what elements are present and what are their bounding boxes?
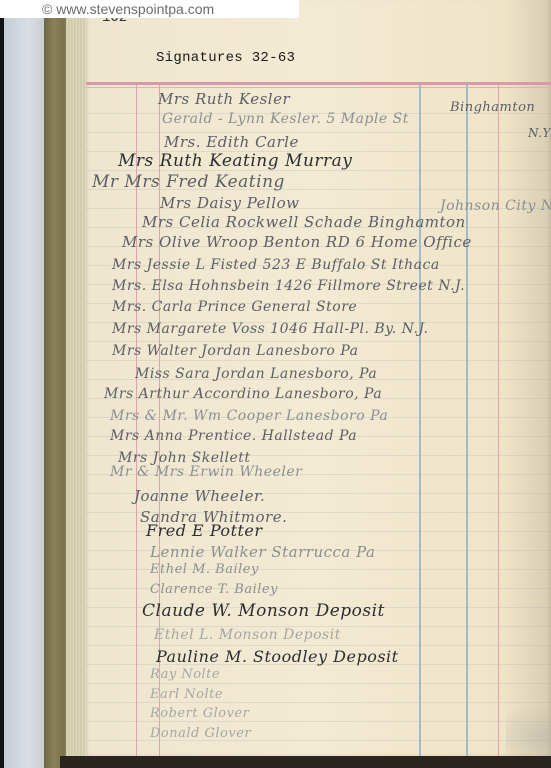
signature-entry: Donald Glover xyxy=(150,726,251,741)
page-edges xyxy=(66,0,88,768)
signature-entry: Clarence T. Bailey xyxy=(150,582,278,597)
signature-entry: Binghamton xyxy=(450,100,535,115)
column-line-blue xyxy=(466,85,468,760)
signature-entry: Mrs & Mr. Wm Cooper Lanesboro Pa xyxy=(110,408,388,424)
signature-entry: Ethel M. Bailey xyxy=(150,562,259,577)
signature-entry: Lennie Walker Starrucca Pa xyxy=(150,543,375,561)
signature-entry: Mrs Arthur Accordino Lanesboro, Pa xyxy=(104,386,382,402)
signature-entry: Mrs. Carla Prince General Store xyxy=(112,299,357,315)
signature-entry: Mrs Ruth Keating Murray xyxy=(118,151,352,171)
signature-entry: Mrs. Elsa Hohnsbein 1426 Fillmore Street… xyxy=(112,278,465,294)
background-left xyxy=(4,0,44,768)
signature-entry: Mrs Celia Rockwell Schade Binghamton xyxy=(142,213,466,231)
page-title: Signatures 32-63 xyxy=(156,50,295,66)
signature-entry: Miss Sara Jordan Lanesboro, Pa xyxy=(135,366,377,382)
header-rule-secondary xyxy=(86,87,551,88)
signature-entry: Mr Mrs Fred Keating xyxy=(92,172,285,192)
signature-entry: Ray Nolte xyxy=(150,667,220,682)
signature-entry: Johnson City N xyxy=(440,198,551,214)
watermark: © www.stevenspointpa.com xyxy=(0,0,299,18)
signature-entry: Gerald - Lynn Kesler. 5 Maple St xyxy=(162,111,409,127)
signature-entry: Mrs Walter Jordan Lanesboro Pa xyxy=(112,343,358,359)
embossed-decoration xyxy=(506,700,551,760)
signature-entry: Earl Nolte xyxy=(150,687,223,702)
signature-entry: Ethel L. Monson Deposit xyxy=(154,627,341,643)
signature-entry: Mrs Margarete Voss 1046 Hall-Pl. By. N.J… xyxy=(112,321,428,337)
signature-entry: Mr & Mrs Erwin Wheeler xyxy=(110,464,302,480)
column-line-blue xyxy=(419,85,421,760)
signature-entry: Mrs Olive Wroop Benton RD 6 Home Office xyxy=(122,233,472,251)
column-line-red xyxy=(498,85,499,760)
signature-entry: Fred E Potter xyxy=(146,521,263,540)
signature-entry: Pauline M. Stoodley Deposit xyxy=(156,647,399,666)
signature-entry: Mrs Daisy Pellow xyxy=(160,194,299,212)
signature-entry: Mrs Anna Prentice. Hallstead Pa xyxy=(110,428,357,444)
book-bottom-edge xyxy=(60,756,551,768)
signature-entry: Mrs. Edith Carle xyxy=(164,133,299,151)
signature-entry: Claude W. Monson Deposit xyxy=(142,601,385,621)
signature-entry: Joanne Wheeler. xyxy=(134,487,265,505)
signature-entry: N.Y. xyxy=(528,126,551,140)
signature-entry: Robert Glover xyxy=(150,706,249,721)
signature-entry: Mrs Jessie L Fisted 523 E Buffalo St Ith… xyxy=(112,257,440,273)
signature-entry: Mrs Ruth Kesler xyxy=(158,90,290,108)
header-rule xyxy=(86,82,551,85)
